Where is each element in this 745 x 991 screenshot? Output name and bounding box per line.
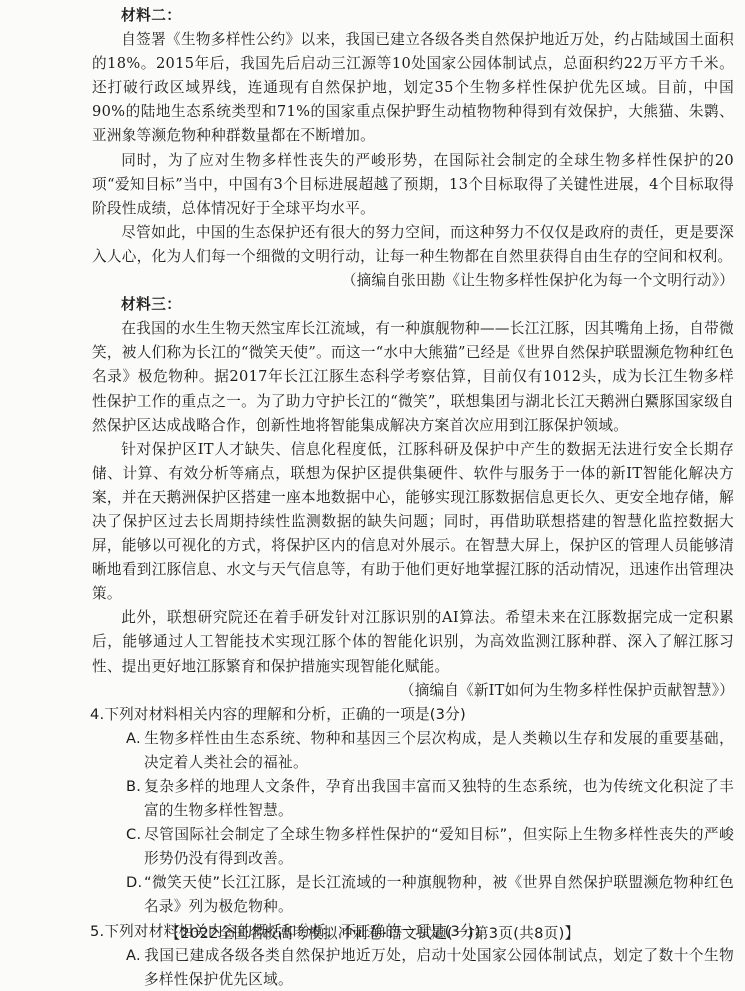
question-4: 4.下列对材料相关内容的理解和分析，正确的一项是(3分) A.生物多样性由生态系…: [90, 703, 734, 920]
material-2-paragraph-1: 自签署《生物多样性公约》以来，我国已建立各级各类自然保护地近万处，约占陆域国土面…: [92, 28, 734, 148]
option-letter: A.: [126, 727, 144, 751]
material-3-paragraph-2: 针对保护区IT人才缺失、信息化程度低，江豚科研及保护中产生的数据无法进行安全长期…: [92, 438, 734, 607]
material-2-paragraph-3: 尽管如此，中国的生态保护还有很大的努力空间，而这种努力不仅仅是政府的责任，更是要…: [92, 221, 734, 269]
option-letter: A.: [126, 944, 144, 968]
option-text: 我国已建成各级各类自然保护地近万处，启动十处国家公园体制试点，划定了数十个生物多…: [144, 947, 734, 988]
material-2-paragraph-2: 同时，为了应对生物多样性丧失的严峻形势，在国际社会制定的全球生物多样性保护的20…: [92, 149, 734, 221]
material-2-source: （摘编自张田勘《让生物多样性保护化为每一个文明行动》）: [92, 269, 734, 293]
option-text: 生物多样性由生态系统、物种和基因三个层次构成，是人类赖以生存和发展的重要基础，决…: [144, 730, 734, 771]
question-4-option-a[interactable]: A.生物多样性由生态系统、物种和基因三个层次构成，是人类赖以生存和发展的重要基础…: [90, 727, 734, 775]
exam-page: 材料二： 自签署《生物多样性公约》以来，我国已建立各级各类自然保护地近万处，约占…: [92, 4, 734, 991]
material-3-paragraph-1: 在我国的水生生物天然宝库长江流域，有一种旗舰物种——长江江豚，因其嘴角上扬，自带…: [92, 317, 734, 437]
option-text: “微笑天使”长江江豚，是长江流域的一种旗舰物种，被《世界自然保护联盟濒危物种红色…: [144, 874, 734, 915]
question-4-option-b[interactable]: B.复杂多样的地理人文条件，孕育出我国丰富而又独特的生态系统，也为传统文化积淀了…: [90, 775, 734, 823]
material-3-source: （摘编自《新IT如何为生物多样性保护贡献智慧》）: [92, 679, 734, 703]
option-text: 复杂多样的地理人文条件，孕育出我国丰富而又独特的生态系统，也为传统文化积淀了丰富…: [144, 778, 734, 819]
material-3-heading: 材料三：: [92, 293, 734, 317]
question-4-stem: 4.下列对材料相关内容的理解和分析，正确的一项是(3分): [90, 703, 734, 727]
option-letter: D.: [126, 871, 144, 895]
option-letter: C.: [126, 823, 144, 847]
page-footer: 【2022全国名校高考模拟冲刺卷·语文试题(一)第3页(共8页)】: [0, 922, 745, 943]
material-3-paragraph-3: 此外，联想研究院还在着手研发针对江豚识别的AI算法。希望未来在江豚数据完成一定积…: [92, 606, 734, 678]
option-text: 尽管国际社会制定了全球生物多样性保护的“爱知目标”，但实际上生物多样性丧失的严峻…: [144, 826, 734, 867]
question-4-option-d[interactable]: D.“微笑天使”长江江豚，是长江流域的一种旗舰物种，被《世界自然保护联盟濒危物种…: [90, 871, 734, 919]
material-2-heading: 材料二：: [92, 4, 734, 28]
question-4-option-c[interactable]: C.尽管国际社会制定了全球生物多样性保护的“爱知目标”，但实际上生物多样性丧失的…: [90, 823, 734, 871]
option-letter: B.: [126, 775, 144, 799]
question-5-option-a[interactable]: A.我国已建成各级各类自然保护地近万处，启动十处国家公园体制试点，划定了数十个生…: [90, 944, 734, 991]
